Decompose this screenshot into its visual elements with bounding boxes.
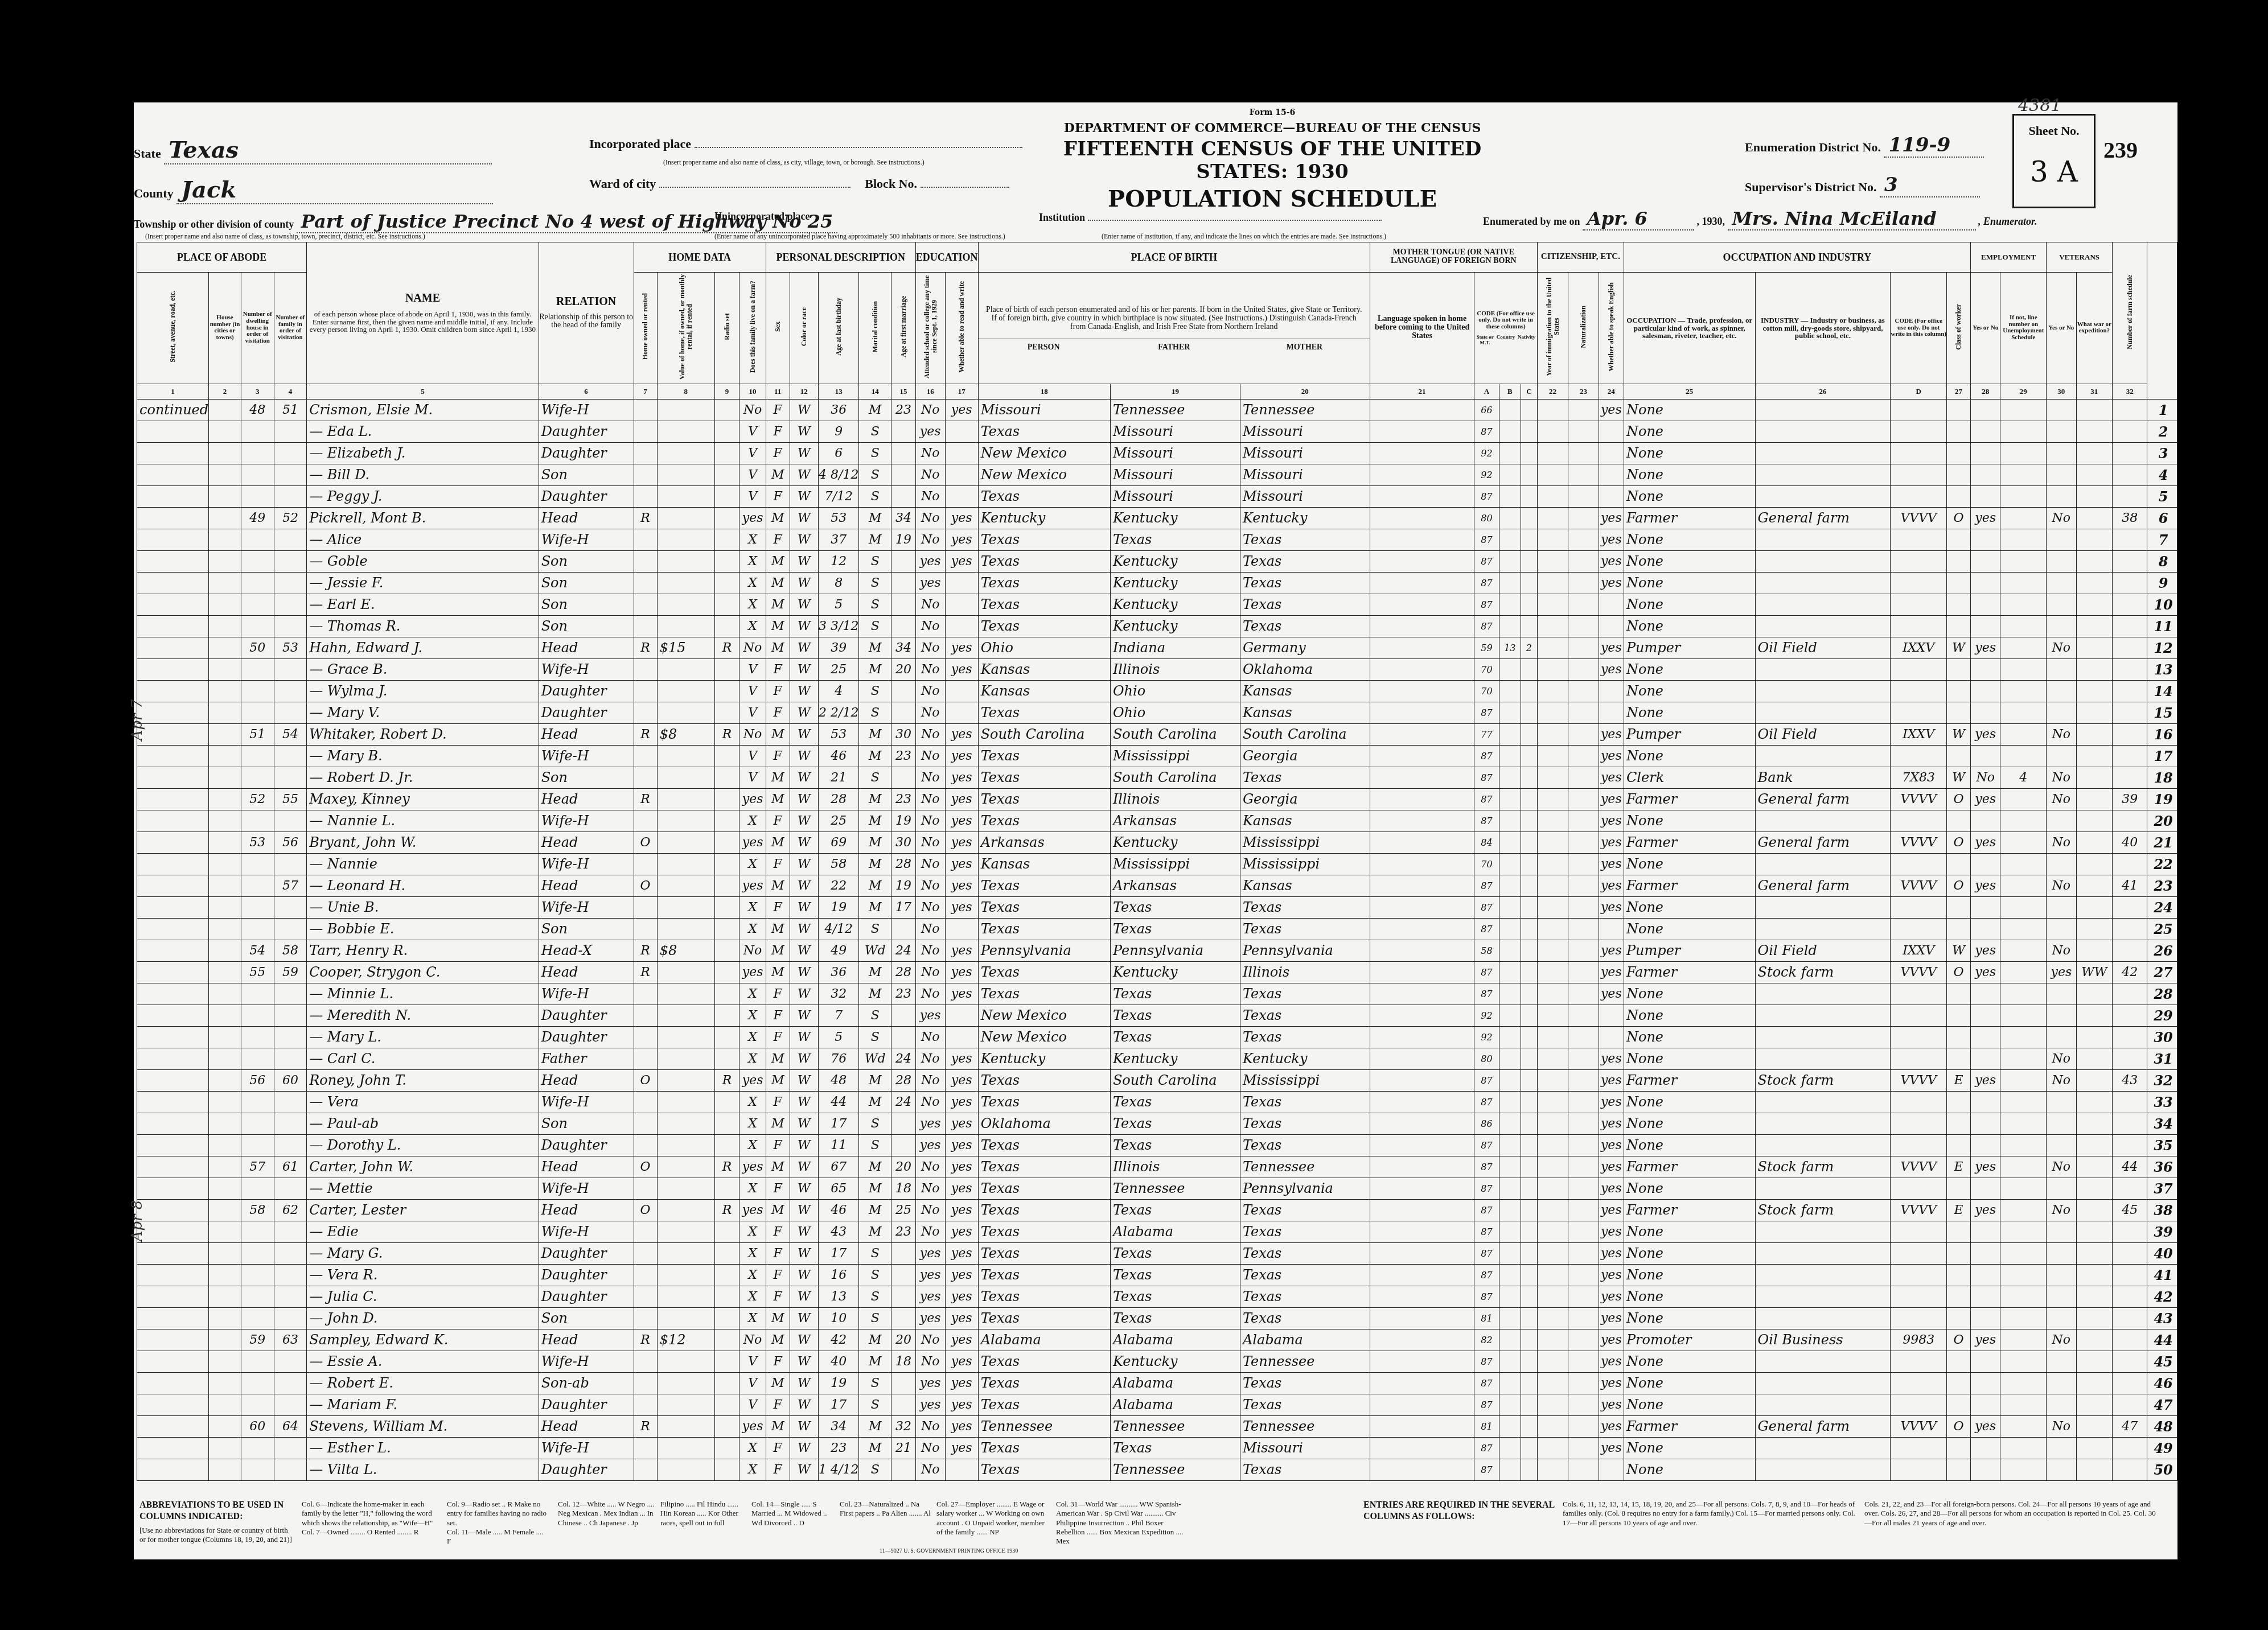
age-cell: 67 <box>818 1156 858 1178</box>
home-owned-cell: R <box>634 1415 657 1437</box>
code-c-cell <box>1521 680 1538 702</box>
family-number-cell: 62 <box>274 1199 307 1221</box>
at-work-cell <box>1971 1026 2000 1048</box>
class-of-worker-cell <box>1947 1113 1971 1134</box>
code-c-cell <box>1521 399 1538 421</box>
unemployment-line-cell <box>2000 658 2047 680</box>
veteran-cell <box>2047 1005 2076 1026</box>
farm-cell: yes <box>739 1156 766 1178</box>
code-d-cell <box>1891 1394 1947 1415</box>
unemployment-line-cell <box>2000 637 2047 658</box>
relation-cell: Son <box>539 767 634 788</box>
farm-schedule-cell <box>2113 572 2147 594</box>
farm-schedule-cell: 38 <box>2113 507 2147 529</box>
street-cell <box>137 507 209 529</box>
sex-cell: F <box>766 1091 790 1113</box>
immigration-cell <box>1537 1199 1568 1221</box>
father-birthplace-cell: Kentucky <box>1110 1351 1240 1372</box>
veteran-cell: yes <box>2047 961 2076 983</box>
speak-english-cell: yes <box>1599 529 1624 550</box>
entries-title: ENTRIES ARE REQUIRED IN THE SEVERAL COLU… <box>1363 1500 1557 1522</box>
marital-cell: S <box>859 615 891 637</box>
mother-birthplace-cell: Kansas <box>1240 810 1370 832</box>
unemployment-line-cell <box>2000 1048 2047 1069</box>
mother-birthplace-cell: Texas <box>1240 572 1370 594</box>
age-first-marriage-cell <box>891 464 916 485</box>
unemployment-line-cell <box>2000 529 2047 550</box>
race-cell: W <box>790 1242 818 1264</box>
line-number: 36 <box>2147 1156 2177 1178</box>
line-number: 34 <box>2147 1113 2177 1134</box>
relation-cell: Daughter <box>539 1394 634 1415</box>
home-owned-cell <box>634 896 657 918</box>
war-cell <box>2076 485 2113 507</box>
code-d-cell: VVVV <box>1891 875 1947 896</box>
race-cell: W <box>790 550 818 572</box>
race-cell: W <box>790 1134 818 1156</box>
birthplace-cell: Texas <box>978 615 1110 637</box>
code-c-cell <box>1521 507 1538 529</box>
immigration-cell <box>1537 1156 1568 1178</box>
dwelling-number-cell: 50 <box>241 637 274 658</box>
table-row: — Wylma J.DaughterVFW4SNoKansasOhioKansa… <box>137 680 2177 702</box>
age-cell: 28 <box>818 788 858 810</box>
industry-cell: General farm <box>1755 788 1891 810</box>
code-a-cell: 81 <box>1474 1307 1499 1329</box>
line-number: 22 <box>2147 853 2177 875</box>
occupation-cell: None <box>1624 442 1755 464</box>
naturalization-cell <box>1568 788 1599 810</box>
street-cell <box>137 1005 209 1026</box>
school-cell: yes <box>915 1242 945 1264</box>
veteran-cell <box>2047 615 2076 637</box>
at-work-cell: yes <box>1971 1199 2000 1221</box>
marital-cell: S <box>859 702 891 723</box>
name-cell: — Unie B. <box>307 896 539 918</box>
race-cell: W <box>790 1372 818 1394</box>
class-of-worker-cell <box>1947 1091 1971 1113</box>
column-number: 18 <box>978 384 1110 399</box>
birthplace-cell: New Mexico <box>978 442 1110 464</box>
industry-cell: Stock farm <box>1755 1069 1891 1091</box>
race-cell: W <box>790 723 818 745</box>
school-cell: No <box>915 1069 945 1091</box>
state-field: State Texas <box>134 137 492 164</box>
farm-cell: X <box>739 1091 766 1113</box>
language-cell <box>1370 983 1474 1005</box>
header-veteran: Yes or No <box>2047 273 2076 384</box>
father-birthplace-cell: Indiana <box>1110 637 1240 658</box>
column-number: 22 <box>1537 384 1568 399</box>
family-number-cell <box>274 745 307 767</box>
birthplace-cell: Texas <box>978 1134 1110 1156</box>
street-cell <box>137 940 209 961</box>
race-cell: W <box>790 1069 818 1091</box>
age-first-marriage-cell: 23 <box>891 983 916 1005</box>
farm-schedule-cell <box>2113 1394 2147 1415</box>
line-number: 29 <box>2147 1005 2177 1026</box>
code-d-cell <box>1891 658 1947 680</box>
read-write-cell: yes <box>945 1091 978 1113</box>
farm-schedule-cell <box>2113 442 2147 464</box>
at-work-cell <box>1971 918 2000 940</box>
table-row: — Nannie L.Wife-HXFW25M19NoyesTexasArkan… <box>137 810 2177 832</box>
sex-cell: F <box>766 1264 790 1286</box>
marital-cell: M <box>859 1178 891 1199</box>
house-number-cell <box>209 832 241 853</box>
dwelling-number-cell: 51 <box>241 723 274 745</box>
family-number-cell <box>274 983 307 1005</box>
family-number-cell <box>274 594 307 615</box>
farm-schedule-cell <box>2113 1437 2147 1459</box>
war-cell <box>2076 615 2113 637</box>
home-owned-cell <box>634 594 657 615</box>
speak-english-cell: yes <box>1599 1156 1624 1178</box>
school-cell: yes <box>915 1264 945 1286</box>
speak-english-cell: yes <box>1599 507 1624 529</box>
code-c-cell <box>1521 940 1538 961</box>
relation-cell: Head-X <box>539 940 634 961</box>
home-value-cell <box>657 594 714 615</box>
home-owned-cell <box>634 1178 657 1199</box>
code-c-cell <box>1521 1091 1538 1113</box>
table-row: — Eda L.DaughterVFW9SyesTexasMissouriMis… <box>137 421 2177 442</box>
code-b-cell <box>1499 1264 1521 1286</box>
unemployment-line-cell <box>2000 464 2047 485</box>
marital-cell: M <box>859 1437 891 1459</box>
home-owned-cell <box>634 1372 657 1394</box>
home-value-cell <box>657 1113 714 1134</box>
header-sex: Sex <box>766 273 790 384</box>
war-cell <box>2076 550 2113 572</box>
class-of-worker-cell: O <box>1947 832 1971 853</box>
street-cell <box>137 853 209 875</box>
home-value-cell <box>657 1026 714 1048</box>
read-write-cell: yes <box>945 1329 978 1351</box>
veteran-cell <box>2047 572 2076 594</box>
mother-birthplace-cell: Mississippi <box>1240 853 1370 875</box>
home-owned-cell: O <box>634 1156 657 1178</box>
war-cell <box>2076 680 2113 702</box>
street-cell <box>137 1437 209 1459</box>
immigration-cell <box>1537 507 1568 529</box>
naturalization-cell <box>1568 658 1599 680</box>
code-c-cell <box>1521 421 1538 442</box>
father-birthplace-cell: Missouri <box>1110 421 1240 442</box>
code-c-cell <box>1521 875 1538 896</box>
race-cell: W <box>790 788 818 810</box>
immigration-cell <box>1537 1048 1568 1069</box>
war-cell <box>2076 572 2113 594</box>
language-cell <box>1370 961 1474 983</box>
line-number: 32 <box>2147 1069 2177 1091</box>
home-owned-cell <box>634 464 657 485</box>
family-number-cell <box>274 1307 307 1329</box>
code-b-cell <box>1499 1156 1521 1178</box>
industry-cell: Oil Field <box>1755 637 1891 658</box>
code-d-cell: IXXV <box>1891 723 1947 745</box>
relation-cell: Wife-H <box>539 1178 634 1199</box>
line-number: 39 <box>2147 1221 2177 1242</box>
read-write-cell <box>945 1005 978 1026</box>
school-cell: yes <box>915 1286 945 1307</box>
house-number-cell <box>209 896 241 918</box>
read-write-cell: yes <box>945 1264 978 1286</box>
radio-cell <box>714 1351 739 1372</box>
father-birthplace-cell: Ohio <box>1110 702 1240 723</box>
race-cell: W <box>790 853 818 875</box>
code-c-cell <box>1521 529 1538 550</box>
code-c-cell <box>1521 615 1538 637</box>
sex-cell: F <box>766 1026 790 1048</box>
marital-cell: M <box>859 1415 891 1437</box>
class-of-worker-cell: E <box>1947 1069 1971 1091</box>
occupation-cell: Farmer <box>1624 1069 1755 1091</box>
veteran-cell <box>2047 399 2076 421</box>
speak-english-cell: yes <box>1599 1069 1624 1091</box>
naturalization-cell <box>1568 442 1599 464</box>
home-value-cell <box>657 421 714 442</box>
school-cell: No <box>915 810 945 832</box>
house-number-cell <box>209 983 241 1005</box>
unemployment-line-cell <box>2000 940 2047 961</box>
race-cell: W <box>790 832 818 853</box>
birthplace-cell: Texas <box>978 1091 1110 1113</box>
race-cell: W <box>790 1026 818 1048</box>
radio-cell <box>714 1113 739 1134</box>
language-cell <box>1370 1242 1474 1264</box>
home-owned-cell: R <box>634 723 657 745</box>
corner-number: 4381 <box>2018 96 2061 116</box>
farm-cell: X <box>739 918 766 940</box>
occupation-cell: None <box>1624 1048 1755 1069</box>
farm-schedule-cell <box>2113 702 2147 723</box>
father-birthplace-cell: Texas <box>1110 983 1240 1005</box>
naturalization-cell <box>1568 896 1599 918</box>
farm-cell: X <box>739 1264 766 1286</box>
marital-cell: S <box>859 1113 891 1134</box>
farm-cell: X <box>739 983 766 1005</box>
code-d-cell <box>1891 896 1947 918</box>
school-cell: No <box>915 442 945 464</box>
age-first-marriage-cell: 19 <box>891 529 916 550</box>
table-row: 5053Hahn, Edward J.HeadR$15RNoMW39M34Noy… <box>137 637 2177 658</box>
language-cell <box>1370 1005 1474 1026</box>
home-value-cell <box>657 745 714 767</box>
relation-cell: Wife-H <box>539 745 634 767</box>
immigration-cell <box>1537 615 1568 637</box>
radio-cell: R <box>714 1199 739 1221</box>
immigration-cell <box>1537 1459 1568 1480</box>
farm-cell: X <box>739 615 766 637</box>
table-row: — Mariam F.DaughterVFW17SyesyesTexasAlab… <box>137 1394 2177 1415</box>
house-number-cell <box>209 421 241 442</box>
code-d-cell <box>1891 485 1947 507</box>
institution-field: Institution <box>1039 212 1382 224</box>
relation-cell: Wife-H <box>539 853 634 875</box>
read-write-cell: yes <box>945 507 978 529</box>
radio-cell <box>714 1221 739 1242</box>
entries-col-list-1: Cols. 6, 11, 12, 13, 14, 15, 18, 19, 20,… <box>1563 1500 1859 1528</box>
race-cell: W <box>790 1459 818 1480</box>
sex-cell: F <box>766 1286 790 1307</box>
war-cell <box>2076 1307 2113 1329</box>
war-cell <box>2076 1242 2113 1264</box>
family-number-cell: 52 <box>274 507 307 529</box>
immigration-cell <box>1537 1221 1568 1242</box>
occupation-cell: None <box>1624 550 1755 572</box>
name-cell: Hahn, Edward J. <box>307 637 539 658</box>
occupation-cell: Promoter <box>1624 1329 1755 1351</box>
line-number: 48 <box>2147 1415 2177 1437</box>
class-of-worker-cell <box>1947 853 1971 875</box>
table-row: — Mary G.DaughterXFW17SyesyesTexasTexasT… <box>137 1242 2177 1264</box>
table-row: — Julia C.DaughterXFW13SyesyesTexasTexas… <box>137 1286 2177 1307</box>
war-cell <box>2076 983 2113 1005</box>
relation-cell: Wife-H <box>539 896 634 918</box>
family-number-cell <box>274 1459 307 1480</box>
name-cell: — Mariam F. <box>307 1394 539 1415</box>
column-number: 2 <box>209 384 241 399</box>
farm-schedule-cell <box>2113 1048 2147 1069</box>
at-work-cell <box>1971 1459 2000 1480</box>
code-a-cell: 87 <box>1474 529 1499 550</box>
birthplace-cell: Kentucky <box>978 1048 1110 1069</box>
home-value-cell <box>657 1394 714 1415</box>
father-birthplace-cell: Kentucky <box>1110 507 1240 529</box>
house-number-cell <box>209 594 241 615</box>
age-first-marriage-cell <box>891 1459 916 1480</box>
at-work-cell: yes <box>1971 1069 2000 1091</box>
war-cell <box>2076 832 2113 853</box>
column-number: A <box>1474 384 1499 399</box>
farm-cell: V <box>739 767 766 788</box>
mother-birthplace-cell: Texas <box>1240 896 1370 918</box>
code-d-cell <box>1891 702 1947 723</box>
street-cell <box>137 1415 209 1437</box>
table-row: 5660Roney, John T.HeadORyesMW48M28NoyesT… <box>137 1069 2177 1091</box>
birthplace-cell: Texas <box>978 788 1110 810</box>
sex-cell: F <box>766 1134 790 1156</box>
occupation-cell: None <box>1624 745 1755 767</box>
table-row: 5458Tarr, Henry R.Head-XR$8NoMW49Wd24Noy… <box>137 940 2177 961</box>
naturalization-cell <box>1568 875 1599 896</box>
birthplace-cell: Texas <box>978 961 1110 983</box>
veteran-cell: No <box>2047 1415 2076 1437</box>
sheet-number-box: Sheet No. 3 A <box>2012 114 2096 208</box>
sex-cell: M <box>766 1415 790 1437</box>
veteran-cell <box>2047 464 2076 485</box>
home-value-cell <box>657 1005 714 1026</box>
group-place-of-abode: PLACE OF ABODE <box>137 242 307 273</box>
school-cell: No <box>915 1221 945 1242</box>
sex-cell: M <box>766 615 790 637</box>
sex-cell: F <box>766 485 790 507</box>
industry-cell <box>1755 745 1891 767</box>
unemployment-line-cell <box>2000 788 2047 810</box>
veteran-cell <box>2047 1264 2076 1286</box>
table-row: — Vera R.DaughterXFW16SyesyesTexasTexasT… <box>137 1264 2177 1286</box>
relation-cell: Daughter <box>539 1134 634 1156</box>
war-cell <box>2076 1372 2113 1394</box>
family-number-cell <box>274 1134 307 1156</box>
header-farm: Does this family live on a farm? <box>739 273 766 384</box>
line-number: 7 <box>2147 529 2177 550</box>
occupation-cell: None <box>1624 918 1755 940</box>
age-cell: 10 <box>818 1307 858 1329</box>
code-a-cell: 70 <box>1474 680 1499 702</box>
line-number: 4 <box>2147 464 2177 485</box>
immigration-cell <box>1537 1394 1568 1415</box>
farm-cell: V <box>739 485 766 507</box>
mother-birthplace-cell: Tennessee <box>1240 1415 1370 1437</box>
street-cell <box>137 918 209 940</box>
immigration-cell <box>1537 810 1568 832</box>
column-number: 8 <box>657 384 714 399</box>
read-write-cell: yes <box>945 550 978 572</box>
mother-birthplace-cell: Illinois <box>1240 961 1370 983</box>
war-cell <box>2076 637 2113 658</box>
street-cell <box>137 723 209 745</box>
table-row: — NannieWife-HXFW58M28NoyesKansasMississ… <box>137 853 2177 875</box>
family-number-cell <box>274 658 307 680</box>
enumerator-name: Mrs. Nina McEiland <box>1728 208 1976 230</box>
age-cell: 3 3/12 <box>818 615 858 637</box>
family-number-cell <box>274 1286 307 1307</box>
abbrev-col27: Col. 27—Employer ........ E Wage or sala… <box>936 1500 1050 1537</box>
column-number: 14 <box>859 384 891 399</box>
veteran-cell <box>2047 1091 2076 1113</box>
race-cell: W <box>790 961 818 983</box>
line-number: 46 <box>2147 1372 2177 1394</box>
at-work-cell <box>1971 1286 2000 1307</box>
war-cell <box>2076 918 2113 940</box>
code-b-cell <box>1499 1242 1521 1264</box>
marital-cell: S <box>859 1307 891 1329</box>
street-cell <box>137 680 209 702</box>
code-d-cell: VVVV <box>1891 1069 1947 1091</box>
name-cell: Sampley, Edward K. <box>307 1329 539 1351</box>
dwelling-number-cell <box>241 1134 274 1156</box>
sex-cell: M <box>766 1156 790 1178</box>
race-cell: W <box>790 983 818 1005</box>
war-cell <box>2076 723 2113 745</box>
naturalization-cell <box>1568 1221 1599 1242</box>
header-line-number <box>2147 242 2177 400</box>
farm-schedule-cell <box>2113 1026 2147 1048</box>
immigration-cell <box>1537 1134 1568 1156</box>
war-cell <box>2076 745 2113 767</box>
header-relation: RELATION Relationship of this person to … <box>539 242 634 384</box>
unemployment-line-cell <box>2000 875 2047 896</box>
line-number: 18 <box>2147 767 2177 788</box>
age-cell: 39 <box>818 637 858 658</box>
farm-cell: yes <box>739 961 766 983</box>
naturalization-cell <box>1568 1415 1599 1437</box>
speak-english-cell <box>1599 680 1624 702</box>
birthplace-cell: Texas <box>978 875 1110 896</box>
war-cell <box>2076 421 2113 442</box>
house-number-cell <box>209 680 241 702</box>
race-cell: W <box>790 615 818 637</box>
code-d-cell <box>1891 442 1947 464</box>
class-of-worker-cell <box>1947 1351 1971 1372</box>
at-work-cell: yes <box>1971 940 2000 961</box>
home-owned-cell <box>634 550 657 572</box>
immigration-cell <box>1537 1372 1568 1394</box>
class-of-worker-cell <box>1947 421 1971 442</box>
relation-cell: Son <box>539 464 634 485</box>
